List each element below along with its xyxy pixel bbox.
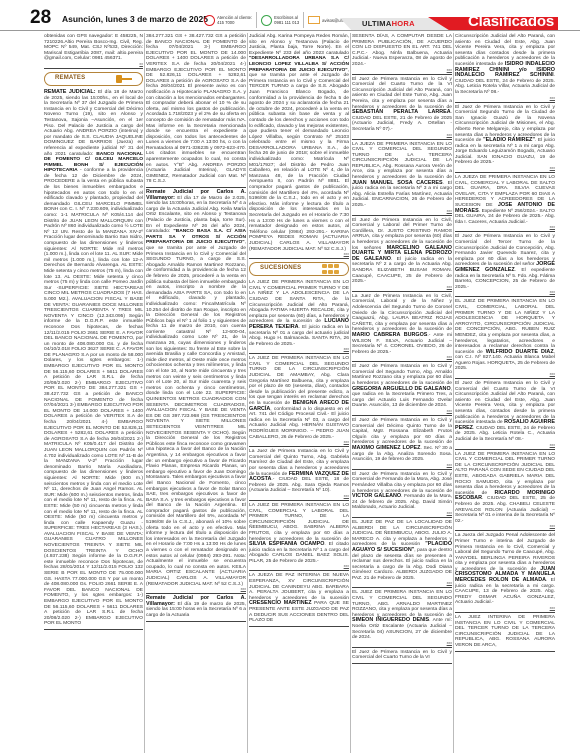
classified-ad: El Juez de Primera Instancia en lo Civil… [352, 363, 452, 416]
ad-code: xxx [455, 524, 555, 528]
brand-part-a: ULTIMA [362, 19, 392, 28]
ad-body: Judicial Abg. Karina Pompeya Redes Román… [249, 34, 349, 56]
section-header-sucesiones: SUCESIONES [249, 262, 349, 276]
classified-ad: LA JUEZ DE PRIMERA INSTANCIA EN LO CIVIL… [249, 355, 349, 447]
ad-body: La Juez de Primera Instancia en lo Civil… [352, 294, 452, 333]
classified-ad: Remate Judicial por Carlos A. Villamayor… [146, 189, 246, 594]
ad-lead: REMATE JUDICIAL: [44, 89, 96, 95]
ad-body: SESENTA DÍAS, A COMPUTAR DESDE LA PRIMER… [352, 34, 452, 67]
ad-code: xxx [455, 443, 555, 447]
classified-ad: La Juez de Primera Instancia en lo Civil… [352, 293, 452, 363]
classified-ad: Circunscripción Judicial del Alto Paraná… [455, 33, 555, 103]
classified-ad: La Juez de Primera Instancia en lo Civil… [249, 448, 349, 501]
ad-body: LA JUEZ DE PRIMERA INSTANCIA EN LO CIVIL… [249, 356, 349, 406]
ad-body: LA JUEZA DE PRIMERA INSTANCIA EN LO CIVI… [352, 142, 452, 181]
classified-ad: El Juez de Primera Instancia en lo Civil… [455, 380, 555, 450]
gavel-icon [114, 74, 132, 84]
ad-body: 384.277.321 GS + 38.427.732 GS a petició… [146, 34, 246, 184]
header-rule [0, 30, 580, 31]
ad-code: xxx [352, 285, 452, 289]
contact-value: 415 7000 [217, 20, 234, 25]
classified-ad: REMATE JUDICIAL: El día 18 de Marzo de 2… [44, 89, 143, 630]
classified-ad: LA JUEZA DE PRIMERA INSTANCIA EN LO CIVI… [455, 174, 555, 232]
ad-code: xxx [146, 587, 246, 591]
column-1: obtenidas con GPS navegador: E 458225, N… [44, 33, 143, 753]
ad-code: xxx [352, 581, 452, 585]
ad-code: xxx [455, 166, 555, 170]
classified-ad: 384.277.321 GS + 38.427.732 GS a petició… [146, 33, 246, 188]
ad-body: obtenidas con GPS navegador: E 458225, N… [44, 34, 143, 61]
ad-body: El día 18 de Marzo de 2025, siendo las 1… [44, 90, 143, 157]
mail-icon [308, 16, 320, 24]
ad-code: xxx [352, 355, 452, 359]
ad-code: xxx [249, 494, 349, 498]
ad-body: El Juez de Primera Instancia en lo Civil… [352, 418, 452, 445]
ad-deceased-name: CRESENCIO MARTINEZ [249, 600, 312, 606]
ad-deceased-name: SIMEON IÑIGUEREDO DENIS [352, 617, 429, 623]
ad-body-tail: - conforme a la providencia de fecha 12 … [44, 168, 143, 626]
ad-deceased-name: MAXIMO GIMENEZ LOPEZ [352, 445, 420, 451]
section-header-remates: REMATES [44, 72, 143, 86]
classified-ad: LA JUEZ DE PRIMERA INSTANCIA EN LO CIVIL… [249, 279, 349, 354]
classified-ad: El Juez de Primera Instancia en lo Civil… [352, 471, 452, 518]
ad-body: El Juez de Primera Instancia en lo Civil… [352, 364, 452, 386]
ad-deceased-name: "ELADIO RAMIREZ" [481, 137, 535, 143]
ad-body: El Juez de Primera Instancia en lo Civil… [352, 650, 452, 661]
classified-ad: EL JUEZ DE PRIMERA INSTANCIA EN LO CIVIL… [352, 589, 452, 647]
ad-body: LA JUEZA DE PAZ INTERINA DE NUEVA ESPERA… [249, 573, 349, 600]
ad-body: LA JUEZ INTERINA DE PRIMERA INSTANCIA EN… [455, 615, 555, 648]
classified-ad: EL JUEZ DE PAZ DE LA LOCALIDAD DE ALBERD… [352, 519, 452, 589]
whatsapp-icon [261, 15, 272, 26]
family-icon [322, 264, 340, 274]
section-label: REMATES [55, 76, 85, 82]
column-5: Circunscripción Judicial del Alto Paraná… [455, 33, 555, 753]
ad-code: xxx [455, 372, 555, 376]
ad-code: xxx [455, 606, 555, 610]
brand-logo: ULTIMAHORA [362, 19, 415, 28]
ad-code: xxx [352, 641, 452, 645]
ad-code: xxx [352, 409, 452, 413]
column-4: SESENTA DÍAS, A COMPUTAR DESDE LA PRIMER… [352, 33, 452, 753]
column-2: 384.277.321 GS + 38.427.732 GS a petició… [146, 33, 246, 753]
contact-phone[interactable]: Atención al cliente:415 7000 [200, 12, 257, 28]
ad-code: xxx [352, 511, 452, 515]
ad-deceased-name: GREGORIA ARGUELLO DE GALEANO [352, 386, 451, 392]
ad-code: xxx [352, 463, 452, 467]
ad-body: EL JUEZ DE PRIMERA INSTANCIA EN LO CIVIL… [352, 590, 452, 617]
classified-ad: LA JUEZ DE PRIMERA INSTANCIA EN LO CIVIL… [249, 502, 349, 572]
ad-body-tail: , que se tramita por ante el Juzgado de … [249, 68, 349, 252]
ad-deceased-name: SILVIA ESPIFANIA OCAMPO [249, 541, 324, 547]
issue-date: Asunción, lunes 3 de marzo de 2025 [62, 14, 208, 24]
ad-code: xx [44, 62, 143, 66]
ad-deceased-name: WILFRIDO DUARTE DIAZ [483, 349, 554, 355]
column-3: Judicial Abg. Karina Pompeya Redes Román… [249, 33, 349, 753]
classified-ad: LA JUEZ INTERINA DE PRIMERA INSTANCIA EN… [455, 614, 555, 652]
ad-code: xxx [352, 68, 452, 72]
ad-body: El Juez de Primera Instancia en lo Civil… [352, 472, 452, 494]
classifieds-columns: obtenidas con GPS navegador: E 458225, N… [0, 33, 580, 753]
ad-code: xxx [249, 440, 349, 444]
ad-body-tail: , para que dentro del plazo de sesenta d… [352, 548, 452, 581]
ad-code: xxx [455, 290, 555, 294]
ad-code: xxx [249, 564, 349, 568]
ad-code: xxx [455, 225, 555, 229]
ad-case-title: "DESARROLLADORA URBANA S.A C/ LEONCIO LO… [249, 56, 349, 72]
ad-deceased-name: SEBASTIAN PERALTA LARREA [352, 109, 451, 115]
ad-code: xxx [249, 347, 349, 351]
ad-body-tail: , que se tramita por ante el Juzgado de … [146, 240, 246, 586]
ad-deceased-name: VICTOR GALEANO [352, 493, 401, 499]
ad-code: xxx [352, 209, 452, 213]
ad-body: El Juez de Primera Instancia en lo Civil… [352, 77, 452, 110]
section-label: SUCESIONES [260, 266, 301, 272]
classified-ad: LA JUEZA DE PRIMERA INSTANCIA EN LO CIVI… [352, 141, 452, 216]
classified-ad: Remate Judicial por Carlos A. Villamayor… [146, 595, 246, 621]
phone-icon [204, 15, 215, 26]
classified-ad: El Juez de Primera Instancia en lo Civil… [352, 76, 452, 140]
classified-ad: El Juez de Primera Instancia en lo Civil… [455, 233, 555, 297]
page-header: 28 Asunción, lunes 3 de marzo de 2025 At… [0, 0, 580, 30]
section-title: Clasificados [468, 14, 554, 30]
ad-deceased-name: JUAN MANUEL SOSA CACERES [352, 180, 443, 186]
classified-ad: LA JUEZA DE PAZ INTERINA DE NUEVA ESPERA… [249, 572, 349, 626]
page-number: 28 [30, 8, 51, 28]
ad-deceased-name: MARIO CABRERA BURGOS [352, 332, 427, 338]
ad-body: EL JUEZ DE PRIMERA INSTANCIA EN LO CIVIL… [455, 299, 555, 354]
classified-ad: La Jueza del Juzgado Penal Adolescente d… [455, 532, 555, 613]
ad-body-tail: , conformidad a lo dispuesto en el Art. … [249, 407, 349, 440]
classified-ad: El Juez de Primera Instancia en lo Civil… [455, 104, 555, 174]
brand-part-b: HORA [392, 19, 415, 28]
classified-ad: El Juez de Primera Instancia en lo Civil… [352, 649, 452, 664]
classified-ad: El Juez de Primera Instancia en lo Civil… [352, 217, 452, 292]
contact-value: 0981 111 013 [274, 20, 299, 25]
classified-ad: Judicial Abg. Karina Pompeya Redes Román… [249, 33, 349, 259]
classified-ad: LA JUEZ DE PRIMERA INSTANCIA EN LO CIVIL… [455, 451, 555, 532]
ad-body: LA JUEZ DE PRIMERA INSTANCIA EN LO CIVIL… [249, 503, 349, 542]
ad-code: xxx [352, 133, 452, 137]
classified-ad: obtenidas con GPS navegador: E 458225, N… [44, 33, 143, 69]
ad-code: xxx [455, 96, 555, 100]
classified-ad: El Juez de Primera Instancia en lo Civil… [352, 417, 452, 470]
ad-code: xxx [249, 252, 349, 256]
contact-whatsapp[interactable]: Escribinos al0981 111 013 [257, 12, 304, 28]
classified-ad: SESENTA DÍAS, A COMPUTAR DESDE LA PRIMER… [352, 33, 452, 75]
classified-ad: EL JUEZ DE PRIMERA INSTANCIA EN LO CIVIL… [455, 298, 555, 379]
